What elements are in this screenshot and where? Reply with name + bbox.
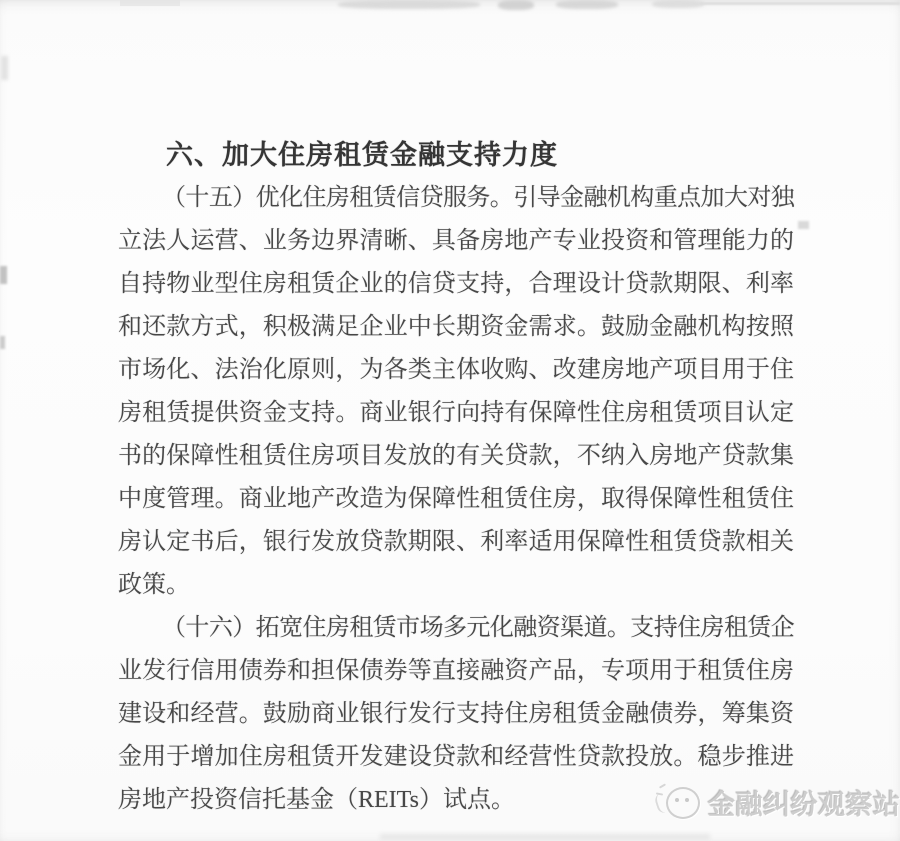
scan-noise-top [652, 0, 704, 8]
scan-noise-top [338, 0, 480, 9]
scan-noise-top [498, 0, 534, 10]
scan-speck-left [1, 56, 8, 80]
scan-noise-top-line [700, 2, 900, 5]
text-line: 市场化、法治化原则，为各类主体收购、改建房地产项目用于住 [118, 349, 794, 392]
text-line: 业发行信用债券和担保债券等直接融资产品，专项用于租赁住房 [118, 650, 794, 693]
text-line: 中度管理。商业地产改造为保障性租赁住房，取得保障性租赁住 [118, 478, 794, 521]
text-line: 房认定书后，银行发放贷款期限、利率适用保障性租赁贷款相关 [118, 521, 794, 564]
text-line: 自持物业型住房租赁企业的信贷支持，合理设计贷款期限、利率 [118, 263, 794, 306]
text-line: 立法人运营、业务边界清晰、具备房地产专业投资和管理能力的 [118, 220, 794, 263]
text-line: 建设和经营。鼓励商业银行发行支持住房租赁金融债券，筹集资 [118, 693, 794, 736]
document-body: 六、加大住房租赁金融支持力度 （十五）优化住房租赁信贷服务。引导金融机构重点加大… [118, 134, 794, 822]
text-line: 政策。 [118, 564, 794, 607]
scan-speck-left [0, 336, 5, 349]
text-line: 金用于增加住房租赁开发建设贷款和经营性贷款投放。稳步推进 [118, 736, 794, 779]
text-line: 房地产投资信托基金（REITs）试点。 [118, 779, 794, 822]
scan-smudge-bottom [380, 834, 710, 840]
scan-speck-left [0, 266, 7, 284]
scan-noise-top [120, 0, 180, 6]
text-line: （十六）拓宽住房租赁市场多元化融资渠道。支持住房租赁企 [118, 607, 794, 650]
section-heading: 六、加大住房租赁金融支持力度 [118, 134, 794, 177]
text-line: 房租赁提供资金支持。商业银行向持有保障性住房租赁项目认定 [118, 392, 794, 435]
text-line: 书的保障性租赁住房项目发放的有关贷款，不纳入房地产贷款集 [118, 435, 794, 478]
scan-noise-top [556, 0, 618, 9]
scan-speck-right [798, 221, 809, 229]
text-line: 和还款方式，积极满足企业中长期资金需求。鼓励金融机构按照 [118, 306, 794, 349]
scanned-document-page: 六、加大住房租赁金融支持力度 （十五）优化住房租赁信贷服务。引导金融机构重点加大… [0, 0, 900, 841]
text-line: （十五）优化住房租赁信贷服务。引导金融机构重点加大对独 [118, 177, 794, 220]
